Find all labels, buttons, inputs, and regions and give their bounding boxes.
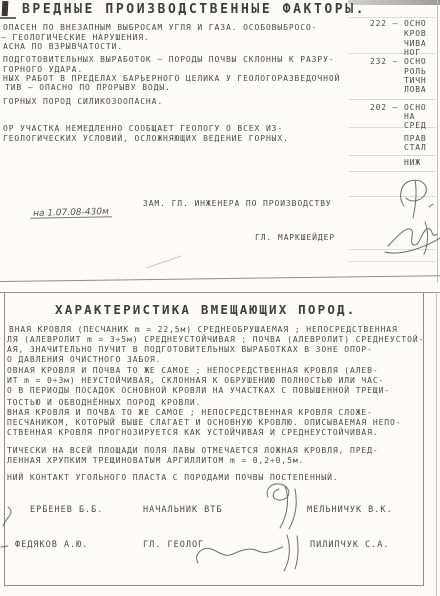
body-line: ГОРНОГО УДАРА. (3, 66, 83, 74)
margin-rule-line (349, 249, 435, 250)
body-line: О ДАВЛЕНИЯ ОЧИСТНОГО ЗАБОЯ. (7, 356, 161, 364)
margin-note: ТИЧН (370, 76, 426, 85)
section2-title: ХАРАКТЕРИСТИКА ВМЕЩАЮЩИХ ПОРОД. (55, 302, 357, 317)
body-line: ОР УЧАСТКА НЕМЕДЛЕННО СООБЩАЕТ ГЕОЛОГУ О… (3, 125, 283, 133)
role-chief-surveyor: ГЛ. МАРКШЕЙДЕР (255, 234, 335, 242)
margin-number: 232 — (370, 57, 404, 66)
role-deputy-chief-engineer: ЗАМ. ГЛ. ИНЖЕНЕРА ПО ПРОИЗВОДСТВУ (143, 200, 332, 208)
margin-rule-line (349, 155, 435, 156)
body-line: ПОДГОТОВИТЕЛЬНЫХ ВЫРАБОТОК – ПОРОДЫ ПОЧВ… (3, 56, 335, 64)
signature-vtb-chief (267, 484, 296, 529)
margin-fragment: КРОВ (404, 29, 426, 38)
body-line: СТВЕННАЯ КРОВЛЯ ПРОГНОЗИРУЕТСЯ КАК УСТОЙ… (7, 429, 379, 437)
signer-name-right: МЕЛЬНИЧУК В.К. (307, 505, 393, 515)
margin-rule-line (349, 171, 435, 172)
margin-number: 222 — (370, 19, 404, 28)
scan-corner-mark (2, 1, 9, 16)
page-edge-line-top (437, 0, 438, 283)
body-line: ТИЧЕСКИ НА ВСЕЙ ПЛОЩАДИ ПОЛЯ ЛАВЫ ОТМЕЧА… (7, 447, 379, 455)
signer-name-right: ПИЛИПЧУК С.А. (310, 540, 390, 550)
margin-fragment: ПРАВ (404, 134, 426, 143)
sheet-separator-line (0, 275, 440, 282)
signer-name-left: ЕРБЕНЕВ Б.Б. (30, 505, 103, 515)
body-line: – ГЕОЛОГИЧЕСКИЕ НАРУШЕНИЯ. (1, 34, 150, 42)
margin-fragment: ЛОВА (404, 85, 426, 94)
margin-note: ПРАВ (370, 134, 426, 143)
body-line: ВНАЯ КРОВЛЯ (ПЕСЧАНИК m = 22,5м) СРЕДНЕО… (9, 326, 398, 334)
body-line: ЛЕННАЯ ХРУПКИМ ТРЕЩИНОВАТЫМ АРГИЛЛИТОМ m… (7, 457, 304, 465)
margin-fragment: ТИЧН (404, 76, 426, 85)
margin-note: КРОВ (370, 29, 426, 38)
body-line: НИЙ КОНТАКТ УГОЛЬНОГО ПЛАСТА С ПОРОДАМИ … (7, 474, 339, 482)
body-line: НЫХ РАБОТ В ПРЕДЕЛАХ БАРЬЕРНОГО ЦЕЛИКА У… (3, 75, 340, 83)
signature-chief-geologist (197, 535, 298, 571)
body-line: ГОРНЫХ ПОРОД СИЛИКОЗООПАСНА. (3, 98, 163, 106)
body-line: ГЕОЛОГИЧЕСКИХ УСЛОВИЙ, ОСЛОЖНЯЮЩИХ ВЕДЕН… (3, 135, 289, 143)
body-line: ТОСТЬЮ И ОБВОДНЁННЫХ ПОРОД КРОВЛИ. (7, 399, 201, 407)
margin-note: НА (370, 112, 415, 121)
pencil-stroke (146, 256, 181, 268)
margin-fragment: НИЖ (404, 158, 421, 167)
margin-rule-line (349, 17, 435, 18)
margin-note: НОГ (370, 48, 421, 57)
margin-note: РОЛЬ (370, 67, 426, 76)
margin-note: ЧИВА (370, 39, 426, 48)
margin-rule-line (349, 99, 435, 100)
body-line: ВНАЯ КРОВЛЯ И ПОЧВА ТО ЖЕ САМОЕ ; НЕПОСР… (7, 409, 373, 417)
margin-rule-line (349, 261, 435, 262)
margin-fragment: НОГ (404, 48, 421, 57)
margin-number: 202 — (370, 103, 404, 112)
body-line: ЛЯ (АЛЕВРОЛИТ m = 3÷5м) СРЕДНЕУСТОЙЧИВАЯ… (7, 336, 424, 344)
body-line: О В ПЕРИОДЫ ПОСАДОК ОСНОВНОЙ КРОВЛИ НА У… (7, 387, 390, 395)
section2-left-border (4, 292, 5, 586)
body-line: АСНА ПО ВЗРЫВЧАТОСТИ. (3, 43, 123, 51)
margin-fragment: ОСНО (404, 103, 426, 112)
margin-note: 202 —ОСНО (370, 103, 426, 112)
margin-note: 232 —ОСНО (370, 57, 426, 66)
page-edge-line-bottom (436, 292, 437, 596)
margin-note: СТАЛ (370, 143, 426, 152)
margin-fragment: НА (404, 112, 415, 121)
scan-corner-underline (0, 17, 16, 19)
margin-fragment: ЧИВА (404, 39, 426, 48)
section2-bottom-border (4, 585, 424, 586)
signer-name-left: ФЕДЯКОВ А.Ю. (15, 540, 88, 550)
signer-role: НАЧАЛЬНИК ВТБ (143, 505, 223, 515)
margin-fragment: ОСНО (404, 19, 426, 28)
margin-note: 222 —ОСНО (370, 19, 426, 28)
section1-title: ВРЕДНЫЕ ПРОИЗВОДСТВЕННЫЕ ФАКТОРЫ. (22, 2, 366, 17)
margin-rule-line (349, 196, 435, 197)
margin-note: СРЕД (370, 121, 426, 130)
margin-fragment: РОЛЬ (404, 67, 426, 76)
section2-top-edge (0, 292, 440, 293)
margin-fragment: ОСНО (404, 57, 426, 66)
body-line: ПЕСЧАНИКОМ, КОТОРЫЙ ВЫШЕ СЛАГАЕТ И ОСНОВ… (7, 419, 401, 427)
signature-deputy-engineer (401, 180, 433, 218)
body-line: ТИВ – ОПАСНО ПО ПРОРЫВУ ВОДЫ. (5, 84, 171, 92)
margin-note: НИЖ (370, 158, 421, 167)
margin-fragment: СРЕД (404, 121, 426, 130)
body-line: АЯ, ЗНАЧИТЕЛЬНО ПУЧИТ В ПОДГОТОВИТЕЛЬНЫХ… (7, 346, 373, 354)
margin-note: ЛОВА (370, 85, 426, 94)
body-line: ИТ m = 0÷3м) НЕУСТОЙЧИВАЯ, СКЛОННАЯ К ОБ… (7, 377, 384, 385)
body-line: ОВНАЯ КРОВЛЯ И ПОЧВА ТО ЖЕ САМОЕ ; НЕПОС… (7, 367, 379, 375)
signer-role: ГЛ. ГЕОЛОГ (143, 540, 204, 550)
scanned-document-page: ВРЕДНЫЕ ПРОИЗВОДСТВЕННЫЕ ФАКТОРЫ. ОПАСЕН… (0, 0, 440, 596)
body-line: ОПАСЕН ПО ВНЕЗАПНЫМ ВЫБРОСАМ УГЛЯ И ГАЗА… (3, 24, 317, 32)
margin-fragment: СТАЛ (404, 143, 426, 152)
